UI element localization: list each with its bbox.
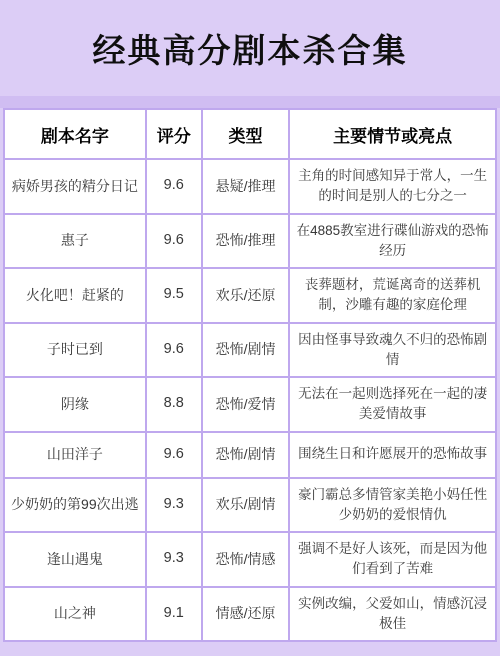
script-name-cell: 火化吧！赶紧的 bbox=[4, 268, 146, 323]
column-header-name: 剧本名字 bbox=[4, 109, 146, 159]
highlight-cell: 实例改编，父爱如山，情感沉浸极佳 bbox=[289, 587, 496, 642]
table-row: 逢山遇鬼 9.3 恐怖/情感 强调不是好人该死，而是因为他们看到了苦难 bbox=[4, 532, 496, 587]
type-cell: 恐怖/爱情 bbox=[202, 377, 290, 432]
table-row: 山田洋子 9.6 恐怖/剧情 围绕生日和许愿展开的恐怖故事 bbox=[4, 432, 496, 478]
highlight-cell: 强调不是好人该死，而是因为他们看到了苦难 bbox=[289, 532, 496, 587]
rating-cell: 9.6 bbox=[146, 214, 202, 269]
type-cell: 恐怖/剧情 bbox=[202, 432, 290, 478]
type-cell: 恐怖/推理 bbox=[202, 214, 290, 269]
rating-cell: 8.8 bbox=[146, 377, 202, 432]
rating-cell: 9.6 bbox=[146, 323, 202, 378]
table-head: 剧本名字 评分 类型 主要情节或亮点 bbox=[4, 109, 496, 159]
table-row: 病娇男孩的精分日记 9.6 悬疑/推理 主角的时间感知异于常人，一生的时间是别人… bbox=[4, 159, 496, 214]
rating-cell: 9.3 bbox=[146, 478, 202, 533]
script-name-cell: 山田洋子 bbox=[4, 432, 146, 478]
highlight-cell: 因由怪事导致魂久不归的恐怖剧情 bbox=[289, 323, 496, 378]
column-header-type: 类型 bbox=[202, 109, 290, 159]
highlight-cell: 围绕生日和许愿展开的恐怖故事 bbox=[289, 432, 496, 478]
type-cell: 恐怖/剧情 bbox=[202, 323, 290, 378]
rating-cell: 9.3 bbox=[146, 532, 202, 587]
divider-band bbox=[0, 96, 500, 108]
highlight-cell: 主角的时间感知异于常人，一生的时间是别人的七分之一 bbox=[289, 159, 496, 214]
rating-cell: 9.5 bbox=[146, 268, 202, 323]
table-row: 少奶奶的第99次出逃 9.3 欢乐/剧情 豪门霸总多情管家美艳小妈任性少奶奶的爱… bbox=[4, 478, 496, 533]
table-row: 阴缘 8.8 恐怖/爱情 无法在一起则选择死在一起的凄美爱情故事 bbox=[4, 377, 496, 432]
highlight-cell: 豪门霸总多情管家美艳小妈任性少奶奶的爱恨情仇 bbox=[289, 478, 496, 533]
scripts-table: 剧本名字 评分 类型 主要情节或亮点 病娇男孩的精分日记 9.6 悬疑/推理 主… bbox=[3, 108, 497, 642]
type-cell: 恐怖/情感 bbox=[202, 532, 290, 587]
table-header-row: 剧本名字 评分 类型 主要情节或亮点 bbox=[4, 109, 496, 159]
type-cell: 情感/还原 bbox=[202, 587, 290, 642]
script-name-cell: 阴缘 bbox=[4, 377, 146, 432]
script-name-cell: 逢山遇鬼 bbox=[4, 532, 146, 587]
script-name-cell: 少奶奶的第99次出逃 bbox=[4, 478, 146, 533]
table-row: 惠子 9.6 恐怖/推理 在4885教室进行碟仙游戏的恐怖经历 bbox=[4, 214, 496, 269]
poster-page: 经典高分剧本杀合集 剧本名字 评分 类型 主要情节或亮点 病娇男孩的精分日记 9… bbox=[0, 0, 500, 656]
column-header-rating: 评分 bbox=[146, 109, 202, 159]
table-row: 火化吧！赶紧的 9.5 欢乐/还原 丧葬题材，荒诞离奇的送葬机制，沙雕有趣的家庭… bbox=[4, 268, 496, 323]
column-header-highlight: 主要情节或亮点 bbox=[289, 109, 496, 159]
table-row: 山之神 9.1 情感/还原 实例改编，父爱如山，情感沉浸极佳 bbox=[4, 587, 496, 642]
highlight-cell: 无法在一起则选择死在一起的凄美爱情故事 bbox=[289, 377, 496, 432]
highlight-cell: 丧葬题材，荒诞离奇的送葬机制，沙雕有趣的家庭伦理 bbox=[289, 268, 496, 323]
script-name-cell: 山之神 bbox=[4, 587, 146, 642]
highlight-cell: 在4885教室进行碟仙游戏的恐怖经历 bbox=[289, 214, 496, 269]
rating-cell: 9.6 bbox=[146, 432, 202, 478]
script-name-cell: 子时已到 bbox=[4, 323, 146, 378]
type-cell: 悬疑/推理 bbox=[202, 159, 290, 214]
table-row: 子时已到 9.6 恐怖/剧情 因由怪事导致魂久不归的恐怖剧情 bbox=[4, 323, 496, 378]
script-name-cell: 惠子 bbox=[4, 214, 146, 269]
page-title: 经典高分剧本杀合集 bbox=[93, 25, 408, 72]
type-cell: 欢乐/还原 bbox=[202, 268, 290, 323]
rating-cell: 9.6 bbox=[146, 159, 202, 214]
rating-cell: 9.1 bbox=[146, 587, 202, 642]
title-area: 经典高分剧本杀合集 bbox=[0, 0, 500, 96]
script-name-cell: 病娇男孩的精分日记 bbox=[4, 159, 146, 214]
table-body: 病娇男孩的精分日记 9.6 悬疑/推理 主角的时间感知异于常人，一生的时间是别人… bbox=[4, 159, 496, 641]
type-cell: 欢乐/剧情 bbox=[202, 478, 290, 533]
